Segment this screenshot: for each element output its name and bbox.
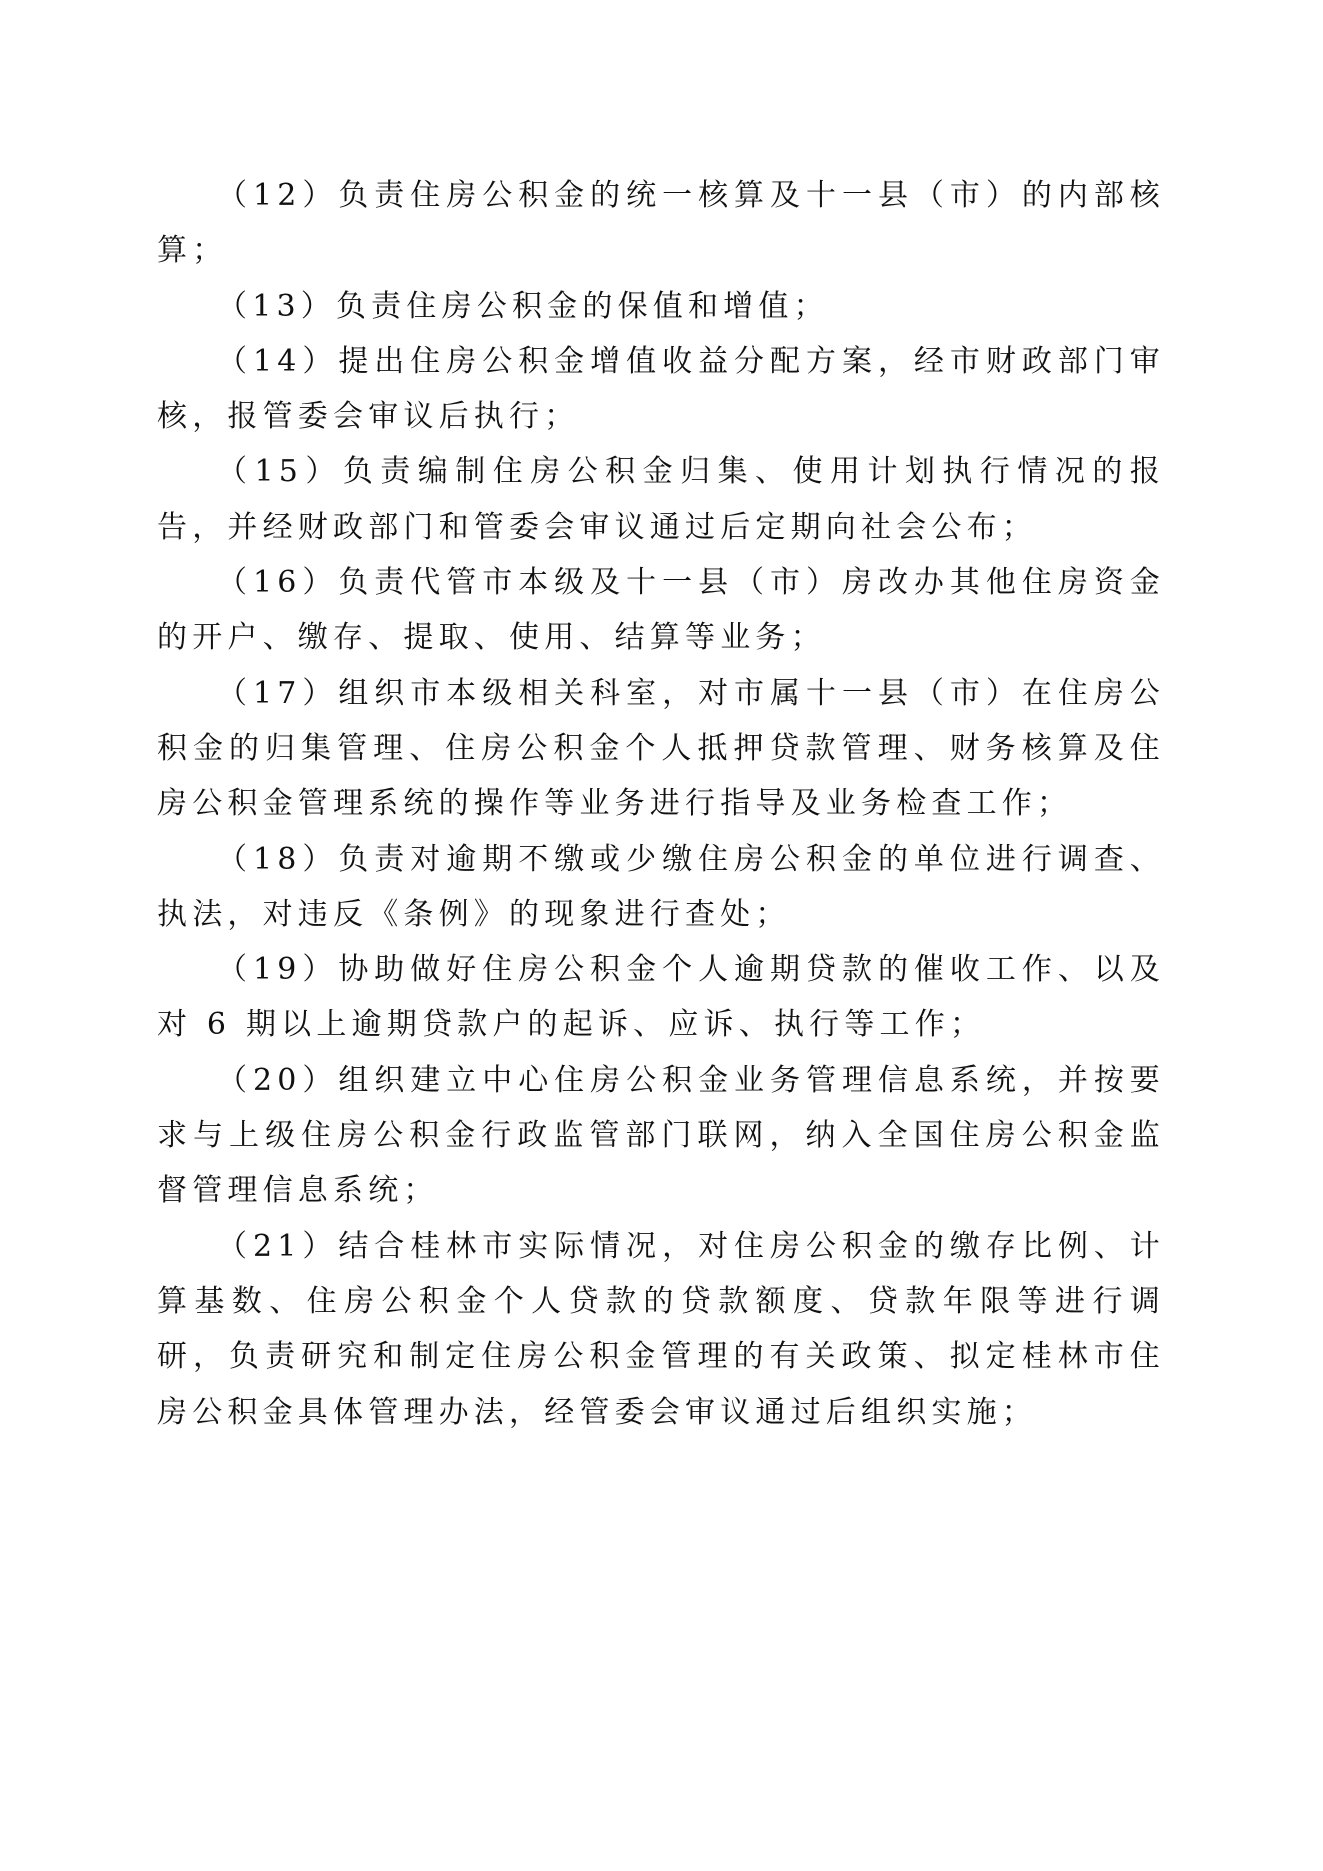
paragraph-13: （13）负责住房公积金的保值和增值；	[157, 279, 1165, 334]
item-number: （21）	[217, 1229, 338, 1264]
item-number: （15）	[217, 454, 343, 489]
paragraph-18: （18）负责对逾期不缴或少缴住房公积金的单位进行调查、执法，对违反《条例》的现象…	[157, 832, 1165, 943]
item-number: （17）	[217, 676, 338, 711]
document-page: （12）负责住房公积金的统一核算及十一县（市）的内部核算； （13）负责住房公积…	[157, 168, 1165, 1440]
item-number: （19）	[217, 952, 338, 987]
paragraph-14: （14）提出住房公积金增值收益分配方案，经市财政部门审核，报管委会审议后执行；	[157, 334, 1165, 445]
paragraph-15: （15）负责编制住房公积金归集、使用计划执行情况的报告，并经财政部门和管委会审议…	[157, 444, 1165, 555]
paragraph-text: 负责住房公积金的保值和增值；	[336, 289, 829, 324]
paragraph-12: （12）负责住房公积金的统一核算及十一县（市）的内部核算；	[157, 168, 1165, 279]
paragraph-19: （19）协助做好住房公积金个人逾期贷款的催收工作、以及对 6 期以上逾期贷款户的…	[157, 942, 1165, 1053]
item-number: （12）	[217, 178, 338, 213]
paragraph-17: （17）组织市本级相关科室，对市属十一县（市）在住房公积金的归集管理、住房公积金…	[157, 666, 1165, 832]
paragraph-20: （20）组织建立中心住房公积金业务管理信息系统，并按要求与上级住房公积金行政监管…	[157, 1053, 1165, 1219]
item-number: （13）	[217, 289, 336, 324]
item-number: （14）	[217, 344, 338, 379]
paragraph-21: （21）结合桂林市实际情况，对住房公积金的缴存比例、计算基数、住房公积金个人贷款…	[157, 1219, 1165, 1440]
item-number: （18）	[217, 842, 338, 877]
paragraph-16: （16）负责代管市本级及十一县（市）房改办其他住房资金的开户、缴存、提取、使用、…	[157, 555, 1165, 666]
item-number: （20）	[217, 1063, 338, 1098]
item-number: （16）	[217, 565, 338, 600]
